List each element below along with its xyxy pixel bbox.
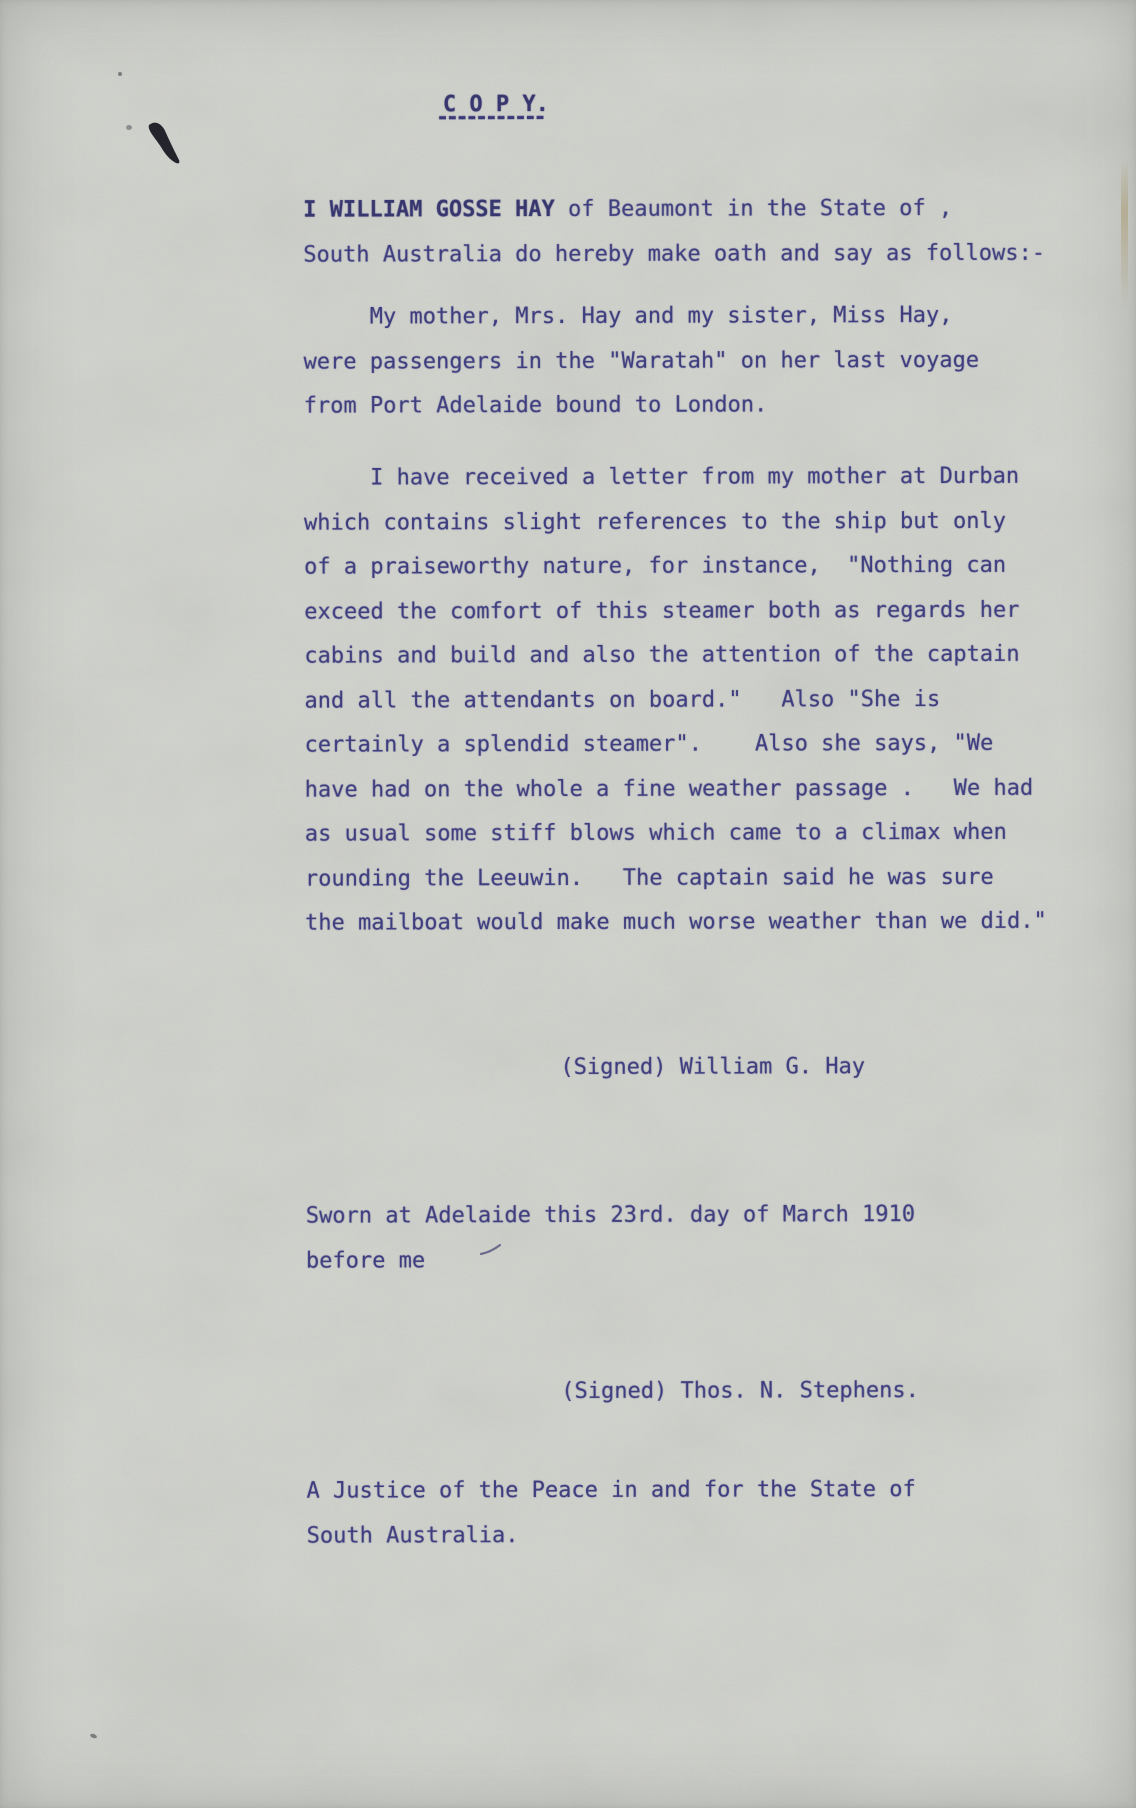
witness-signature: (Signed) Thos. N. Stephens. <box>561 1369 919 1414</box>
typed-line: of a praiseworthy nature, for instance, … <box>304 544 1046 590</box>
typed-line: were passengers in the "Waratah" on her … <box>304 338 980 384</box>
typed-line: as usual some stiff blows which came to … <box>305 811 1047 857</box>
heading-underline: ----------- <box>436 106 543 130</box>
signature-line: (Signed) William G. Hay <box>560 1045 865 1090</box>
typed-line: A Justice of the Peace in and for the St… <box>306 1468 915 1514</box>
typed-line: rounding the Leeuwin. The captain said h… <box>305 855 1047 901</box>
typed-line-rest: of Beaumont in the State of , <box>555 196 952 222</box>
deponent-name: I WILLIAM GOSSE HAY <box>303 197 555 223</box>
typed-line: exceed the comfort of this steamer both … <box>304 588 1046 634</box>
typed-line: which contains slight references to the … <box>304 499 1046 545</box>
sworn-statement: Sworn at Adelaide this 23rd. day of Marc… <box>306 1193 916 1284</box>
typed-line: before me <box>306 1238 915 1284</box>
typed-line: Sworn at Adelaide this 23rd. day of Marc… <box>306 1193 915 1239</box>
typed-line: and all the attendants on board." Also "… <box>304 677 1046 723</box>
typed-line: have had on the whole a fine weather pas… <box>305 766 1047 812</box>
oath-paragraph: I WILLIAM GOSSE HAY of Beaumont in the S… <box>303 187 1045 278</box>
typed-line: the mailboat would make much worse weath… <box>305 900 1047 946</box>
jurat-paragraph: A Justice of the Peace in and for the St… <box>306 1468 916 1559</box>
voyage-paragraph: My mother, Mrs. Hay and my sister, Miss … <box>303 294 979 429</box>
typed-line: from Port Adelaide bound to London. <box>304 383 980 429</box>
typed-line: South Australia. <box>307 1513 916 1559</box>
typed-line: cabins and build and also the attention … <box>304 633 1046 679</box>
scanned-affidavit-page: C O P Y. ----------- I WILLIAM GOSSE HAY… <box>0 0 1136 1808</box>
typed-line: I have received a letter from my mother … <box>304 455 1046 501</box>
typed-line: South Australia do hereby make oath and … <box>303 231 1045 277</box>
typed-line: I WILLIAM GOSSE HAY of Beaumont in the S… <box>303 187 1045 233</box>
typed-line: My mother, Mrs. Hay and my sister, Miss … <box>303 294 979 340</box>
letter-paragraph: I have received a letter from my mother … <box>304 455 1047 946</box>
signature-line: (Signed) Thos. N. Stephens. <box>561 1369 919 1414</box>
deponent-signature: (Signed) William G. Hay <box>560 1045 865 1090</box>
typed-line: certainly a splendid steamer". Also she … <box>305 722 1047 768</box>
typed-text-layer: C O P Y. ----------- I WILLIAM GOSSE HAY… <box>0 0 1136 1808</box>
